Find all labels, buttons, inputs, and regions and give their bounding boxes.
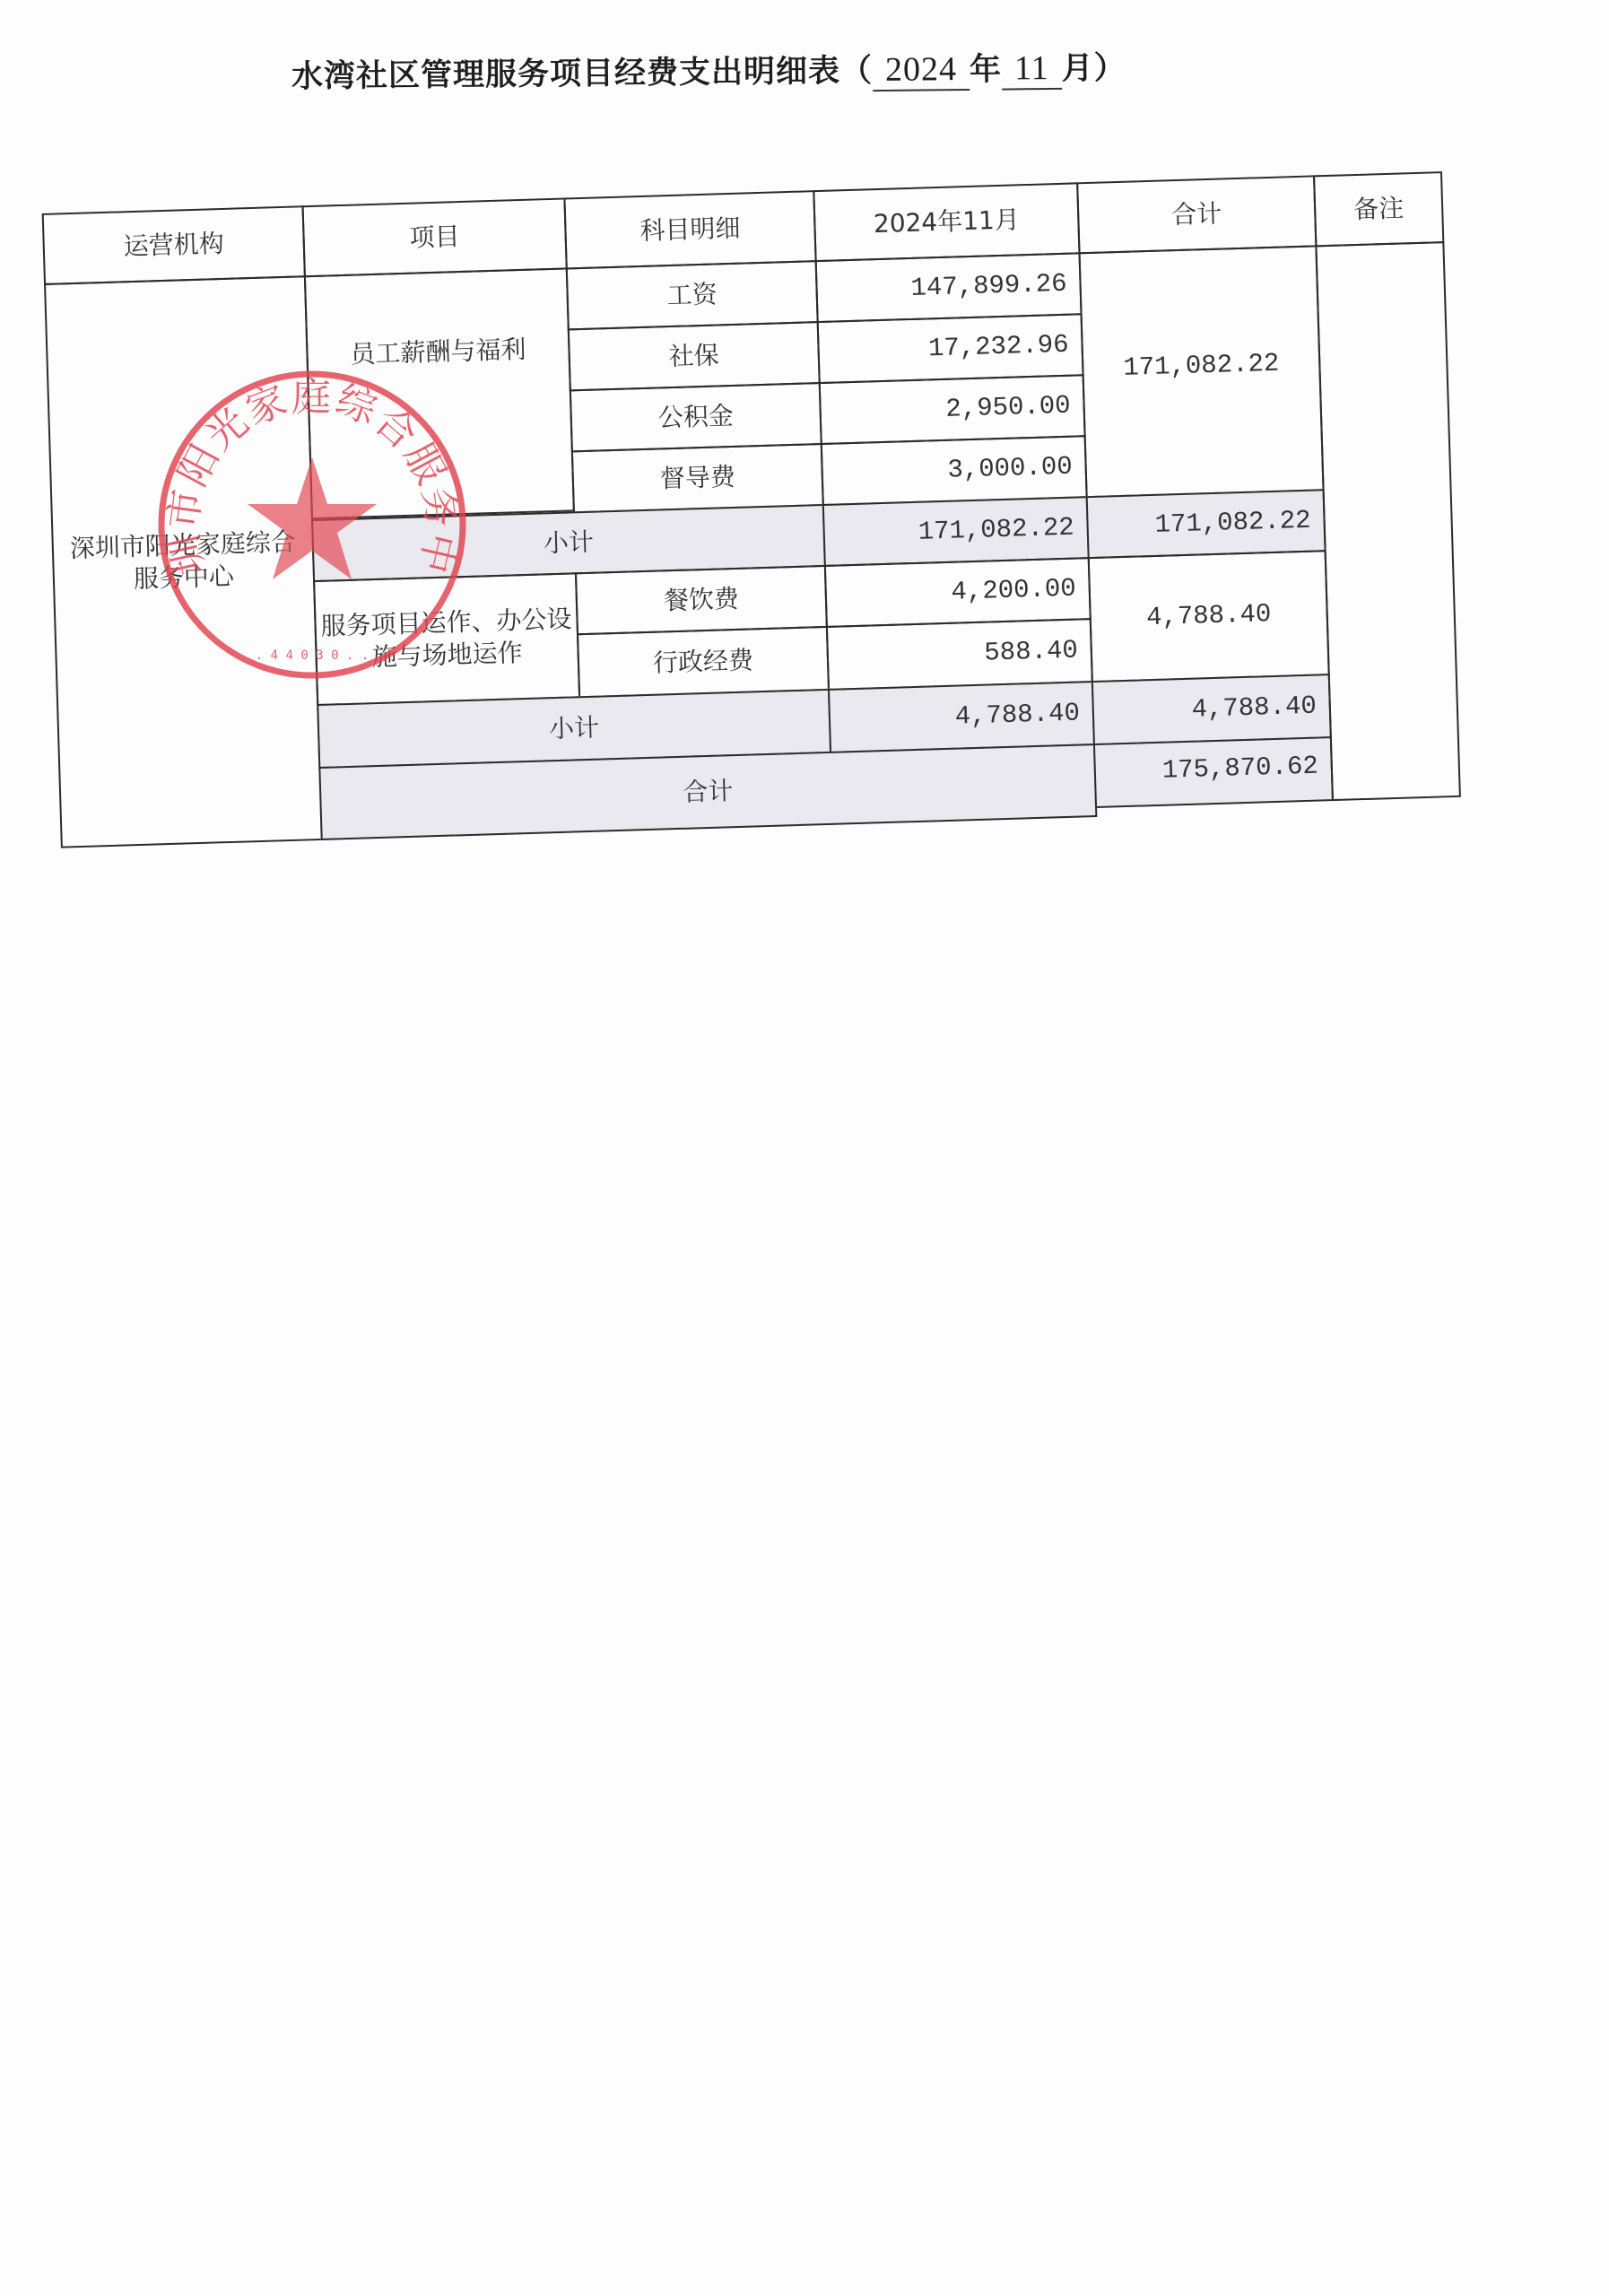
item-amount: 4,200.00 xyxy=(824,557,1092,628)
title-year: 2024 xyxy=(873,49,970,91)
item-name: 行政经费 xyxy=(577,626,830,698)
header-total: 合计 xyxy=(1076,175,1317,254)
title-year-suffix: 年 xyxy=(970,51,1002,88)
expense-table: 运营机构 项目 科目明细 2024年11月 合计 备注 深圳市阳光家庭综合服务中… xyxy=(42,171,1462,848)
item-amount: 17,232.96 xyxy=(817,313,1084,384)
title-month-suffix: 月 xyxy=(1061,49,1093,86)
item-name: 餐饮费 xyxy=(575,565,828,635)
item-amount: 147,899.26 xyxy=(815,252,1083,323)
subtotal-total: 4,788.40 xyxy=(1092,674,1332,745)
group-total-operations: 4,788.40 xyxy=(1088,550,1330,683)
header-month: 2024年11月 xyxy=(813,182,1080,262)
subtotal-amount: 171,082.22 xyxy=(822,496,1090,567)
header-subject-detail: 科目明细 xyxy=(563,190,816,269)
item-amount: 3,000.00 xyxy=(821,435,1088,506)
title-text: 水湾社区管理服务项目经费支出明细表（ xyxy=(291,52,873,95)
grand-total-amount: 175,870.62 xyxy=(1093,736,1334,808)
item-amount: 2,950.00 xyxy=(819,374,1086,445)
item-amount: 588.40 xyxy=(826,618,1093,691)
title-month: 11 xyxy=(1002,48,1062,91)
subtotal-total: 171,082.22 xyxy=(1086,489,1326,559)
organization-cell: 深圳市阳光家庭综合服务中心 xyxy=(44,275,323,848)
item-name: 督导费 xyxy=(571,443,824,513)
item-name: 社保 xyxy=(568,321,821,391)
header-organization: 运营机构 xyxy=(42,205,306,285)
item-name: 公积金 xyxy=(570,382,822,452)
project-cell-salary: 员工薪酬与福利 xyxy=(304,267,575,519)
remarks-cell xyxy=(1315,241,1461,801)
title-close: ） xyxy=(1093,49,1126,86)
item-name: 工资 xyxy=(566,260,819,330)
header-project: 项目 xyxy=(302,197,568,277)
group-total-salary: 171,082.22 xyxy=(1078,245,1324,498)
header-remarks: 备注 xyxy=(1313,171,1444,247)
project-cell-operations: 服务项目运作、办公设施与场地运作 xyxy=(313,572,580,706)
page-title: 水湾社区管理服务项目经费支出明细表（2024年11月） xyxy=(291,41,1296,98)
subtotal-amount: 4,788.40 xyxy=(828,681,1095,753)
